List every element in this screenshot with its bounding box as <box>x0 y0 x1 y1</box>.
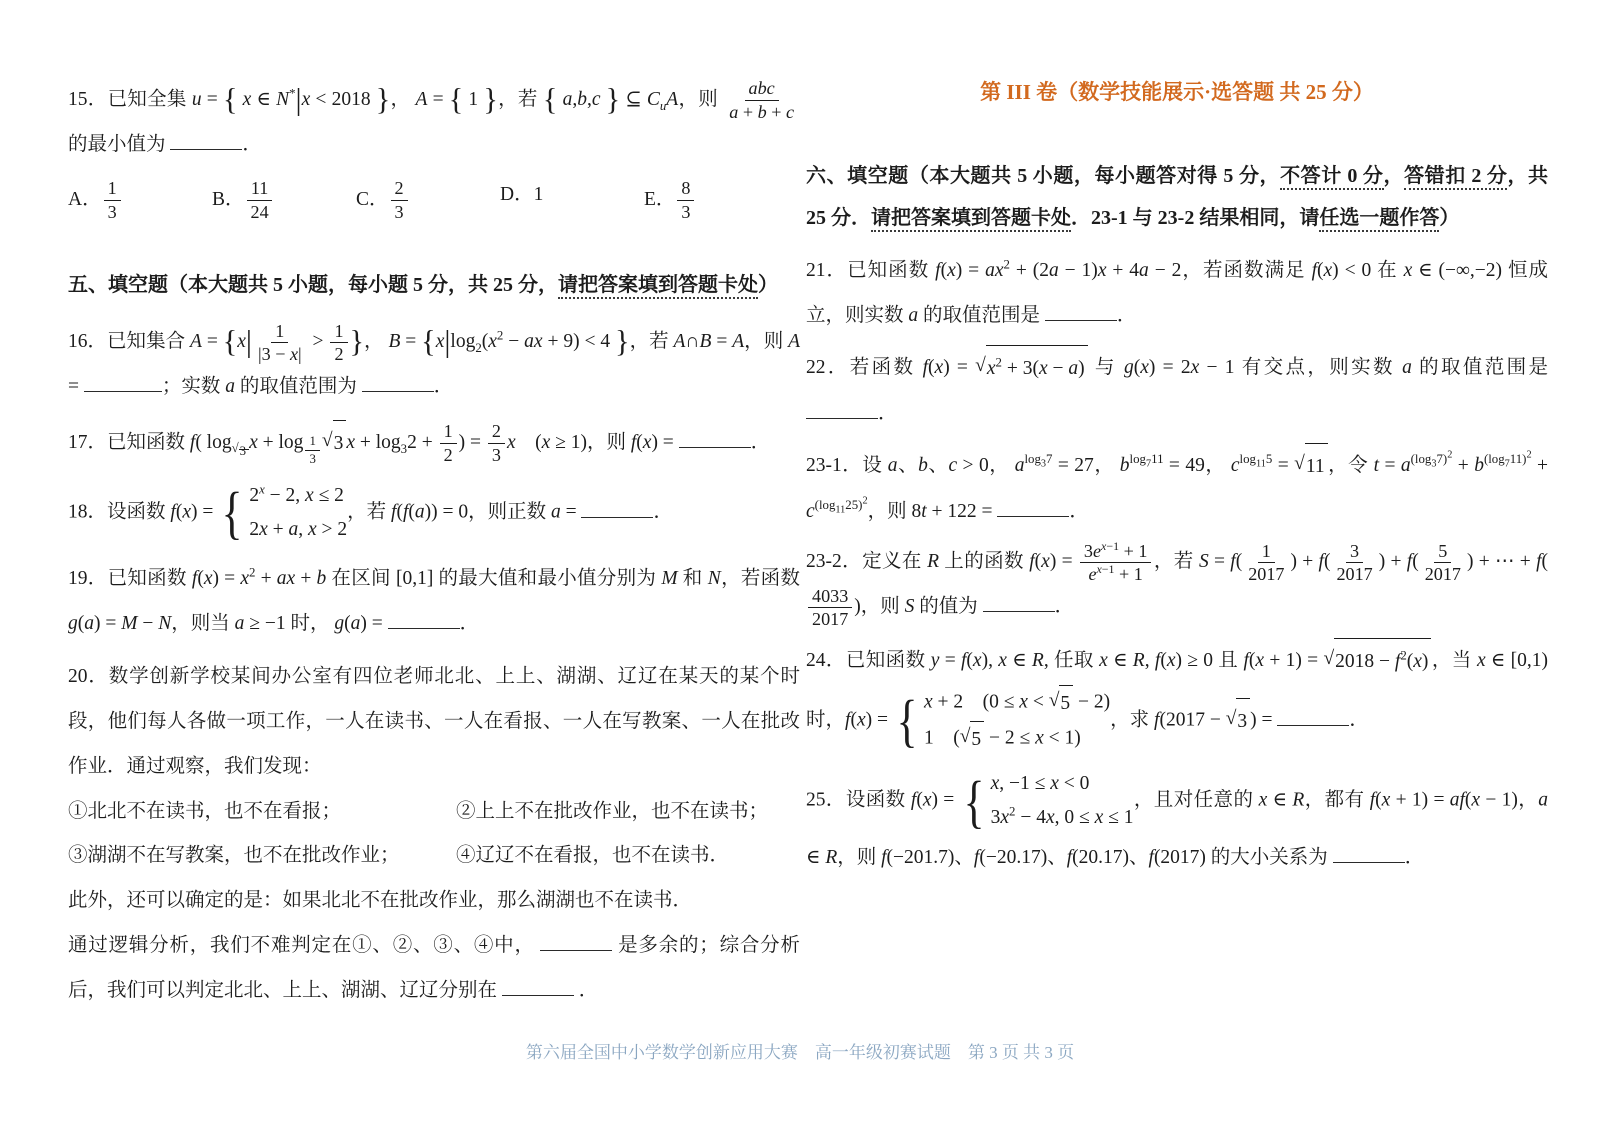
clue-1: ①北北不在读书，也不在看报； <box>68 790 456 835</box>
answer-blank <box>540 930 612 951</box>
option-c: C．23 <box>356 178 500 223</box>
answer-blank <box>806 397 878 418</box>
answer-blank <box>1045 300 1117 321</box>
left-column: 15．已知全集 u = { x ∈ N*|x < 2018 }， A = { 1… <box>68 78 800 1014</box>
problem-20-extra: 此外，还可以确定的是：如果北北不在批改作业，那么湖湖也不在读书． <box>68 879 800 924</box>
answer-blank <box>581 496 653 517</box>
problem-20: 20．数学创新学校某间办公室有四位老师北北、上上、湖湖、辽辽在某天的某个时段，他… <box>68 655 800 790</box>
problem-18: 18．设函数 f(x) = {2x − 2, x ≤ 22x + a, x > … <box>68 479 800 547</box>
section-6-heading: 六、填空题（本大题共 5 小题，每小题答对得 5 分，不答计 0 分，答错扣 2… <box>806 155 1548 239</box>
option-a: A．13 <box>68 178 212 223</box>
answer-blank <box>997 495 1069 516</box>
clue-4: ④辽辽不在看报，也不在读书． <box>456 834 800 879</box>
problem-15-options-row: A．13 B．1124 C．23 D．1 E．83 <box>68 178 800 223</box>
clue-2: ②上上不在批改作业，也不在读书； <box>456 790 800 835</box>
problem-24: 24．已知函数 y = f(x), x ∈ R, 任取 x ∈ R, f(x) … <box>806 638 1548 757</box>
problem-16: 16．已知集合 A = {x|1|3 − x| > 12}， B = {x|lo… <box>68 320 800 410</box>
answer-blank <box>362 371 434 392</box>
problem-25: 25．设函数 f(x) = {x, −1 ≤ x < 03x2 − 4x, 0 … <box>806 767 1548 880</box>
answer-blank <box>1333 841 1405 862</box>
part-3-title: 第 III 卷（数学技能展示·选答题 共 25 分） <box>806 78 1548 107</box>
option-e: E．83 <box>644 178 696 223</box>
problem-21: 21．已知函数 f(x) = ax2 + (2a − 1)x + 4a − 2，… <box>806 249 1548 339</box>
answer-blank <box>679 427 751 448</box>
problem-22: 22．若函数 f(x) = √x2 + 3(x − a) 与 g(x) = 2x… <box>806 345 1548 437</box>
answer-blank <box>170 128 242 149</box>
answer-blank <box>1277 704 1349 725</box>
right-column: 第 III 卷（数学技能展示·选答题 共 25 分） 六、填空题（本大题共 5 … <box>806 78 1548 880</box>
option-d: D．1 <box>500 178 644 223</box>
answer-blank <box>84 371 162 392</box>
answer-blank <box>502 974 574 995</box>
problem-20-logic: 通过逻辑分析，我们不难判定在①、②、③、④中， 是多余的；综合分析后，我们可以判… <box>68 924 800 1014</box>
problem-20-clues: ①北北不在读书，也不在看报； ②上上不在批改作业，也不在读书； ③湖湖不在写教案… <box>68 790 800 880</box>
clue-3: ③湖湖不在写教案，也不在批改作业； <box>68 834 456 879</box>
problem-23-2: 23-2．定义在 R 上的函数 f(x) = 3ex−1 + 1ex−1 + 1… <box>806 540 1548 630</box>
problem-17: 17．已知函数 f( log√3x + log13√3x + log32 + 1… <box>68 420 800 467</box>
section-5-heading: 五、填空题（本大题共 5 小题，每小题 5 分，共 25 分，请把答案填到答题卡… <box>68 264 800 306</box>
problem-15: 15．已知全集 u = { x ∈ N*|x < 2018 }， A = { 1… <box>68 78 800 168</box>
problem-19: 19．已知函数 f(x) = x2 + ax + b 在区间 [0,1] 的最大… <box>68 557 800 647</box>
problem-23-1: 23-1．设 a、b、c > 0， alog37 = 27， blog711 =… <box>806 443 1548 535</box>
exam-page: { "page": { "accent_orange": "#d2691e", … <box>0 0 1600 1129</box>
answer-blank <box>388 608 460 629</box>
answer-blank <box>983 591 1055 612</box>
page-footer: 第六届全国中小学数学创新应用大赛 高一年级初赛试题 第 3 页 共 3 页 <box>70 1038 1530 1063</box>
option-b: B．1124 <box>212 178 356 223</box>
